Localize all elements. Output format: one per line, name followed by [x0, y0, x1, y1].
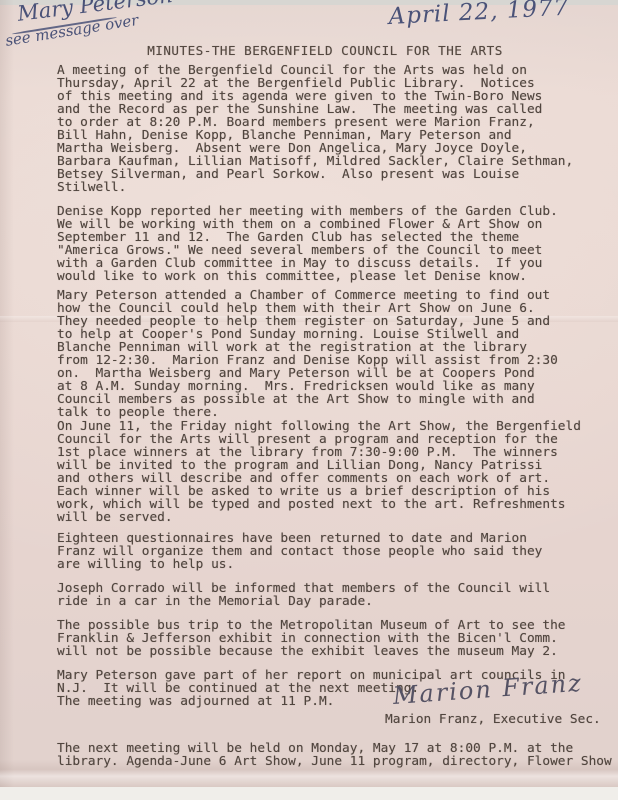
paragraph-chamber-of-commerce: Mary Peterson attended a Chamber of Comm… [57, 289, 558, 419]
handwritten-date: April 22, 1977 [388, 0, 570, 30]
text-line: ride in a car in the Memorial Day parade… [57, 595, 550, 608]
text-line: would like to work on this committee, pl… [57, 270, 558, 283]
text-line: will not be possible because the exhibit… [57, 645, 566, 658]
text-line: Stilwell. [57, 181, 573, 194]
scanner-edge-bottom [0, 787, 618, 800]
paragraph-memorial-day-parade: Joseph Corrado will be informed that mem… [57, 582, 550, 608]
text-line: library. Agenda-June 6 Art Show, June 11… [57, 755, 612, 768]
paragraph-garden-club: Denise Kopp reported her meeting with me… [57, 205, 558, 283]
paragraph-attendance: A meeting of the Bergenfield Council for… [57, 64, 573, 194]
scanned-minutes-page: Mary Peterson see message over April 22,… [0, 0, 618, 800]
paragraph-june-11-reception: On June 11, the Friday night following t… [57, 420, 581, 524]
document-title: MINUTES-THE BERGENFIELD COUNCIL FOR THE … [0, 43, 618, 58]
text-line: are willing to help us. [57, 558, 542, 571]
typed-signature-line: Marion Franz, Executive Sec. [385, 712, 601, 727]
text-line: Betsey Silverman, and Pearl Sorkow. Also… [57, 168, 573, 181]
paragraph-next-meeting: The next meeting will be held on Monday,… [57, 742, 612, 768]
text-line: talk to people there. [57, 406, 558, 419]
paragraph-museum-bus-trip: The possible bus trip to the Metropolita… [57, 619, 566, 658]
text-line: will be served. [57, 511, 581, 524]
paper-shadow-left [0, 0, 14, 787]
paragraph-questionnaires: Eighteen questionnaires have been return… [57, 532, 542, 571]
